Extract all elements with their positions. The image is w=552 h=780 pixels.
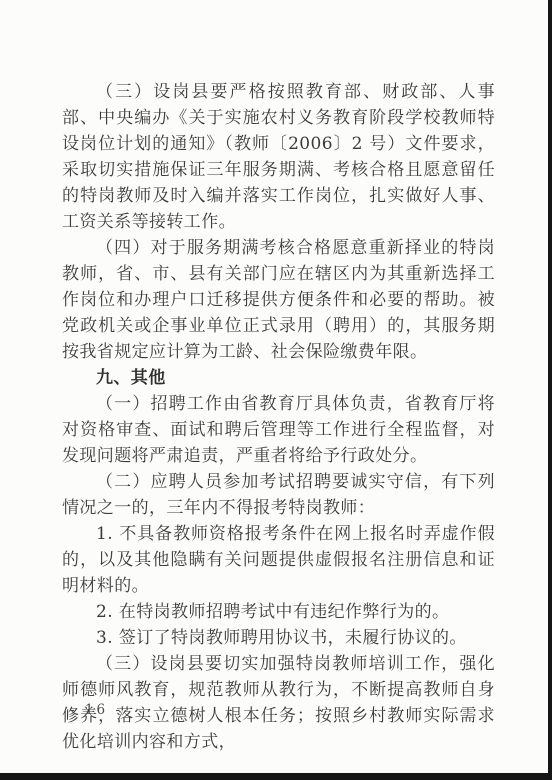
paragraph-section9-item3: （三）设岗县要切实加强特岗教师培训工作，强化师德师风教育，规范教师从教行为，不断… — [62, 651, 495, 755]
list-item-2: 2. 在特岗教师招聘考试中有违纪作弊行为的。 — [62, 599, 495, 625]
scan-edge-right — [548, 0, 552, 780]
list-item-1: 1. 不具备教师资格报考条件在网上报名时弄虚作假的，以及其他隐瞒有关问题提供虚假… — [62, 521, 495, 599]
list-item-3: 3. 签订了特岗教师聘用协议书，未履行协议的。 — [62, 625, 495, 651]
paragraph-section9-item1: （一）招聘工作由省教育厅具体负责，省教育厅将对资格审查、面试和聘后管理等工作进行… — [62, 391, 495, 469]
page-body: （三）设岗县要严格按照教育部、财政部、人事部、中央编办《关于实施农村义务教育阶段… — [62, 79, 495, 755]
paragraph-section8-item4: （四）对于服务期满考核合格愿意重新择业的特岗教师，省、市、县有关部门应在辖区内为… — [62, 235, 495, 365]
document-page: （三）设岗县要严格按照教育部、财政部、人事部、中央编办《关于实施农村义务教育阶段… — [0, 0, 552, 780]
scan-edge-bottom — [0, 773, 552, 780]
paragraph-section9-item2: （二）应聘人员参加考试招聘要诚实守信，有下列情况之一的，三年内不得报考特岗教师： — [62, 469, 495, 521]
section-heading-9-other: 九、其他 — [62, 365, 495, 391]
page-number: - 16 - — [70, 701, 123, 719]
paragraph-section8-item3: （三）设岗县要严格按照教育部、财政部、人事部、中央编办《关于实施农村义务教育阶段… — [62, 79, 495, 235]
